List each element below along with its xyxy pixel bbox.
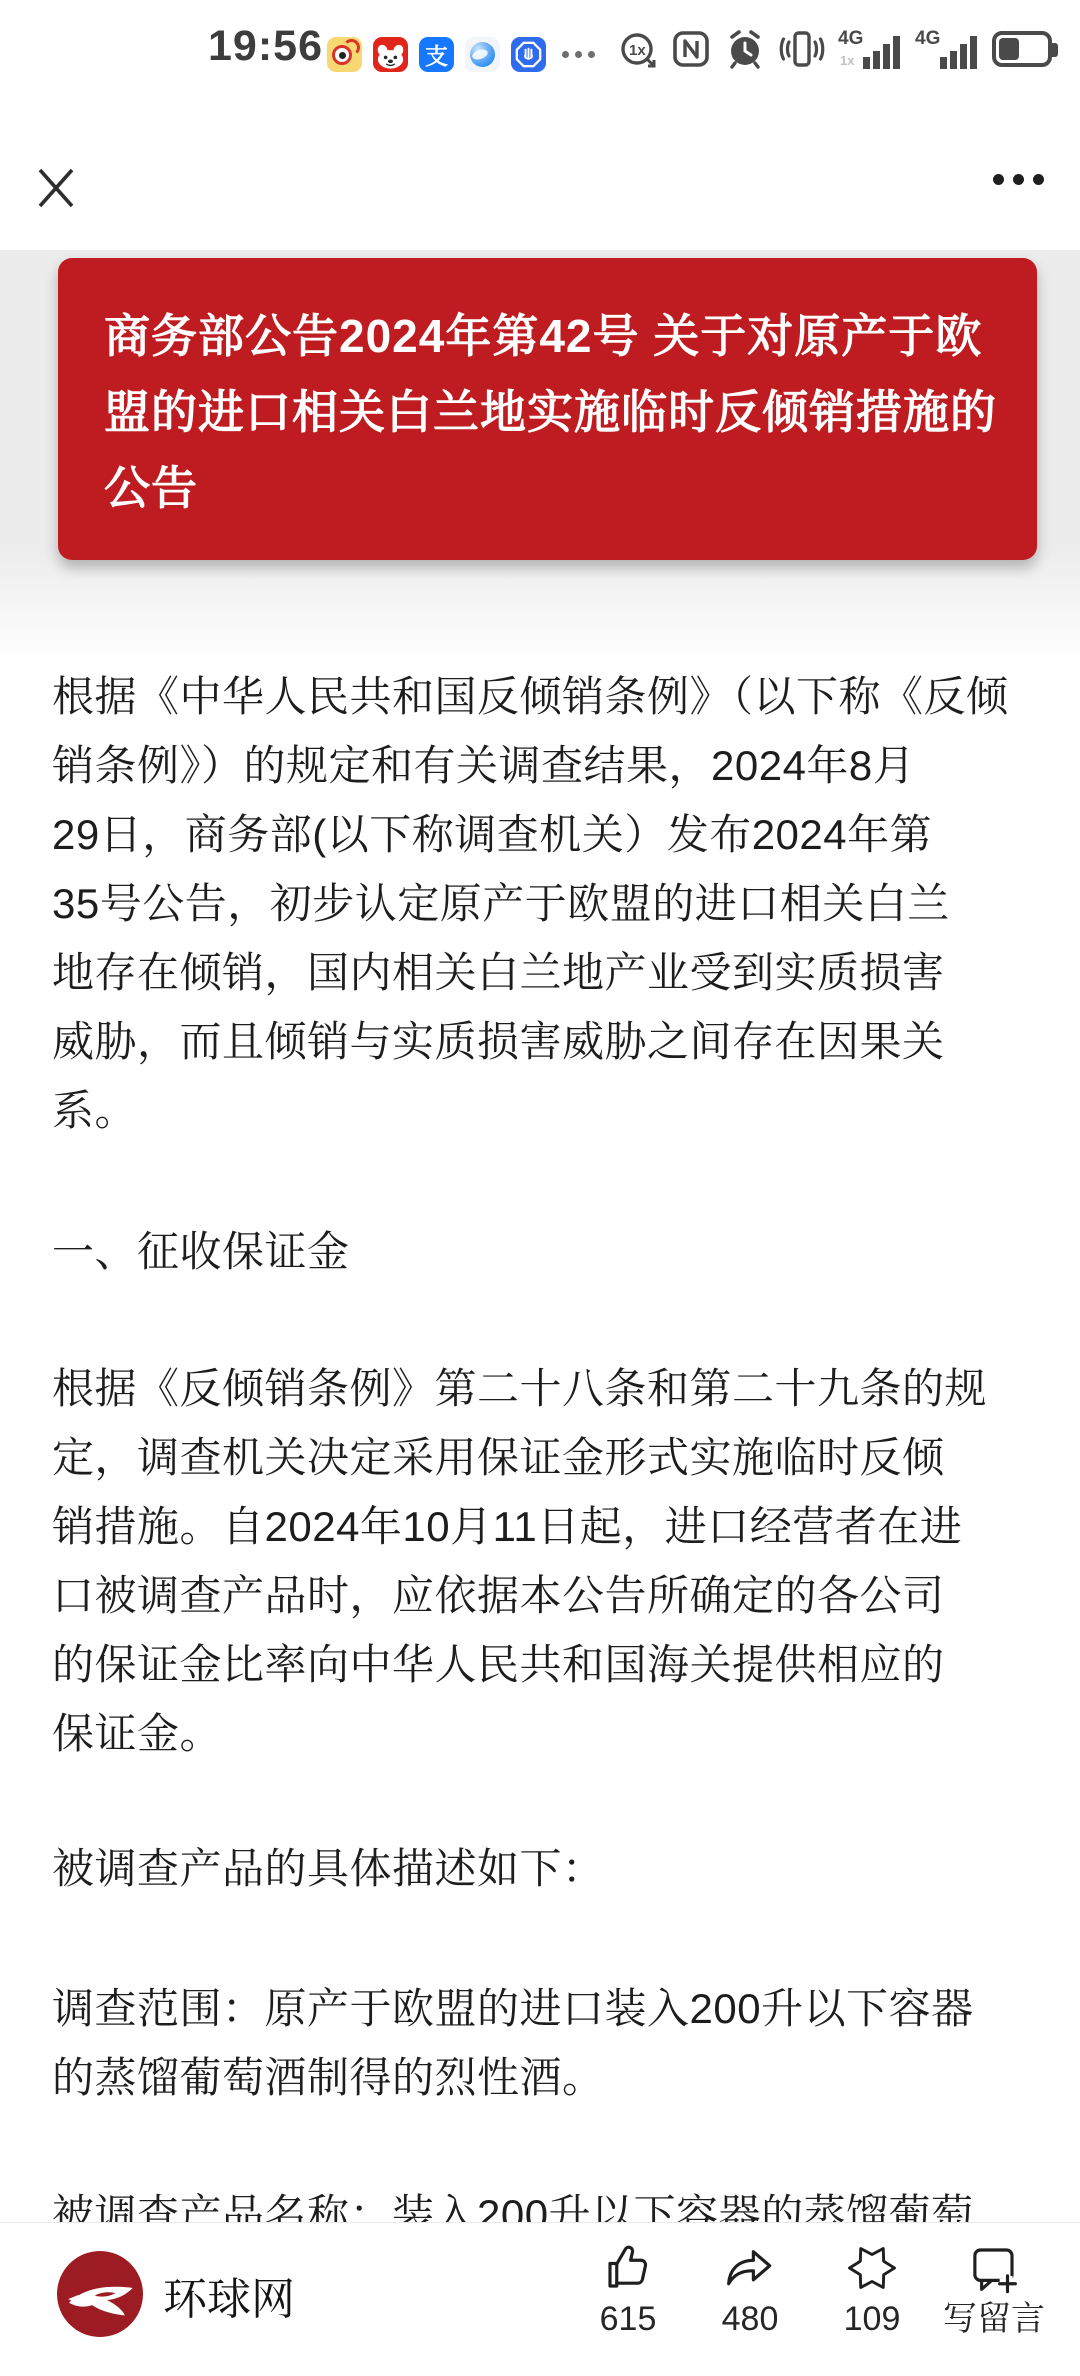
comment-button[interactable]: 写留言 <box>936 2241 1052 2339</box>
share-arrow-icon <box>723 2241 777 2295</box>
stop-hand-app-icon <box>511 37 546 72</box>
wow-badge-icon <box>845 2241 899 2295</box>
status-bar: 19:56 支 <box>0 0 1080 80</box>
announcement-title: 商务部公告2024年第42号 关于对原产于欧 盟的进口相关白兰地实施临时反倾销措… <box>104 298 999 526</box>
weibo-signal-arc <box>343 39 360 56</box>
announcement-banner-image: 商务部公告2024年第42号 关于对原产于欧 盟的进口相关白兰地实施临时反倾销措… <box>0 250 1080 662</box>
paragraph: 调查范围：原产于欧盟的进口装入200升以下容器 的蒸馏葡萄酒制得的烈性酒。 <box>52 1974 1047 2112</box>
announcement-banner-card: 商务部公告2024年第42号 关于对原产于欧 盟的进口相关白兰地实施临时反倾销措… <box>58 258 1037 560</box>
system-status-icons: 1x 4G 1x <box>618 26 1052 72</box>
paragraph: 被调查产品的具体描述如下： <box>52 1834 1047 1903</box>
nav-bar <box>0 80 1080 250</box>
nfc-icon <box>671 29 711 69</box>
section-heading: 一、征收保证金 <box>52 1217 1047 1286</box>
stop-hand-octagon <box>511 37 546 72</box>
more-apps-dots <box>562 51 595 58</box>
alipay-icon: 支 <box>419 37 454 72</box>
like-button[interactable]: 615 <box>570 2241 686 2339</box>
vibrate-icon <box>779 28 825 70</box>
status-time: 19:56 <box>208 22 323 71</box>
alipay-zhi-char: 支 <box>425 38 448 71</box>
wow-button[interactable]: 109 <box>814 2241 930 2339</box>
jd-dog-face <box>373 37 408 72</box>
jd-app-icon <box>373 37 408 72</box>
alarm-icon <box>724 28 766 70</box>
close-x-icon[interactable] <box>32 164 80 212</box>
share-button[interactable]: 480 <box>692 2241 808 2339</box>
battery-nub <box>1052 43 1058 57</box>
signal-4g-icon: 4G 1x <box>838 27 902 71</box>
weibo-icon <box>327 37 362 72</box>
thumbs-up-icon <box>601 2241 655 2295</box>
footer-bar: 环球网 615 480 109 <box>0 2222 1080 2376</box>
signal-4g-icon: 4G <box>915 27 979 71</box>
like-count: 615 <box>600 2299 657 2339</box>
signal-4g-label-1: 4G <box>838 28 863 49</box>
huanqiu-logo[interactable] <box>57 2251 143 2337</box>
signal-4g-label-2: 4G <box>915 28 940 49</box>
phone-screen: 19:56 支 <box>0 0 1080 2376</box>
wow-count: 109 <box>844 2299 901 2339</box>
battery-level-fill <box>999 38 1019 60</box>
signal-speed-label: 1x <box>840 53 855 68</box>
more-dots-icon[interactable] <box>993 174 1044 185</box>
data-saver-1x-icon: 1x <box>618 29 658 69</box>
share-count: 480 <box>722 2299 779 2339</box>
paragraph: 根据《反倾销条例》第二十八条和第二十九条的规 定，调查机关决定采用保证金形式实施… <box>52 1354 1047 1768</box>
source-name[interactable]: 环球网 <box>163 2277 295 2323</box>
comment-label: 写留言 <box>943 2299 1045 2339</box>
quark-icon <box>465 37 500 72</box>
svg-text:1x: 1x <box>629 42 646 59</box>
footer-actions: 615 480 109 写留 <box>570 2241 1052 2339</box>
paragraph: 根据《中华人民共和国反倾销条例》（以下称《反倾 销条例》）的规定和有关调查结果，… <box>52 662 1047 1145</box>
write-comment-icon <box>967 2241 1021 2295</box>
battery-icon <box>992 31 1052 67</box>
notification-app-icons: 支 <box>327 37 595 72</box>
